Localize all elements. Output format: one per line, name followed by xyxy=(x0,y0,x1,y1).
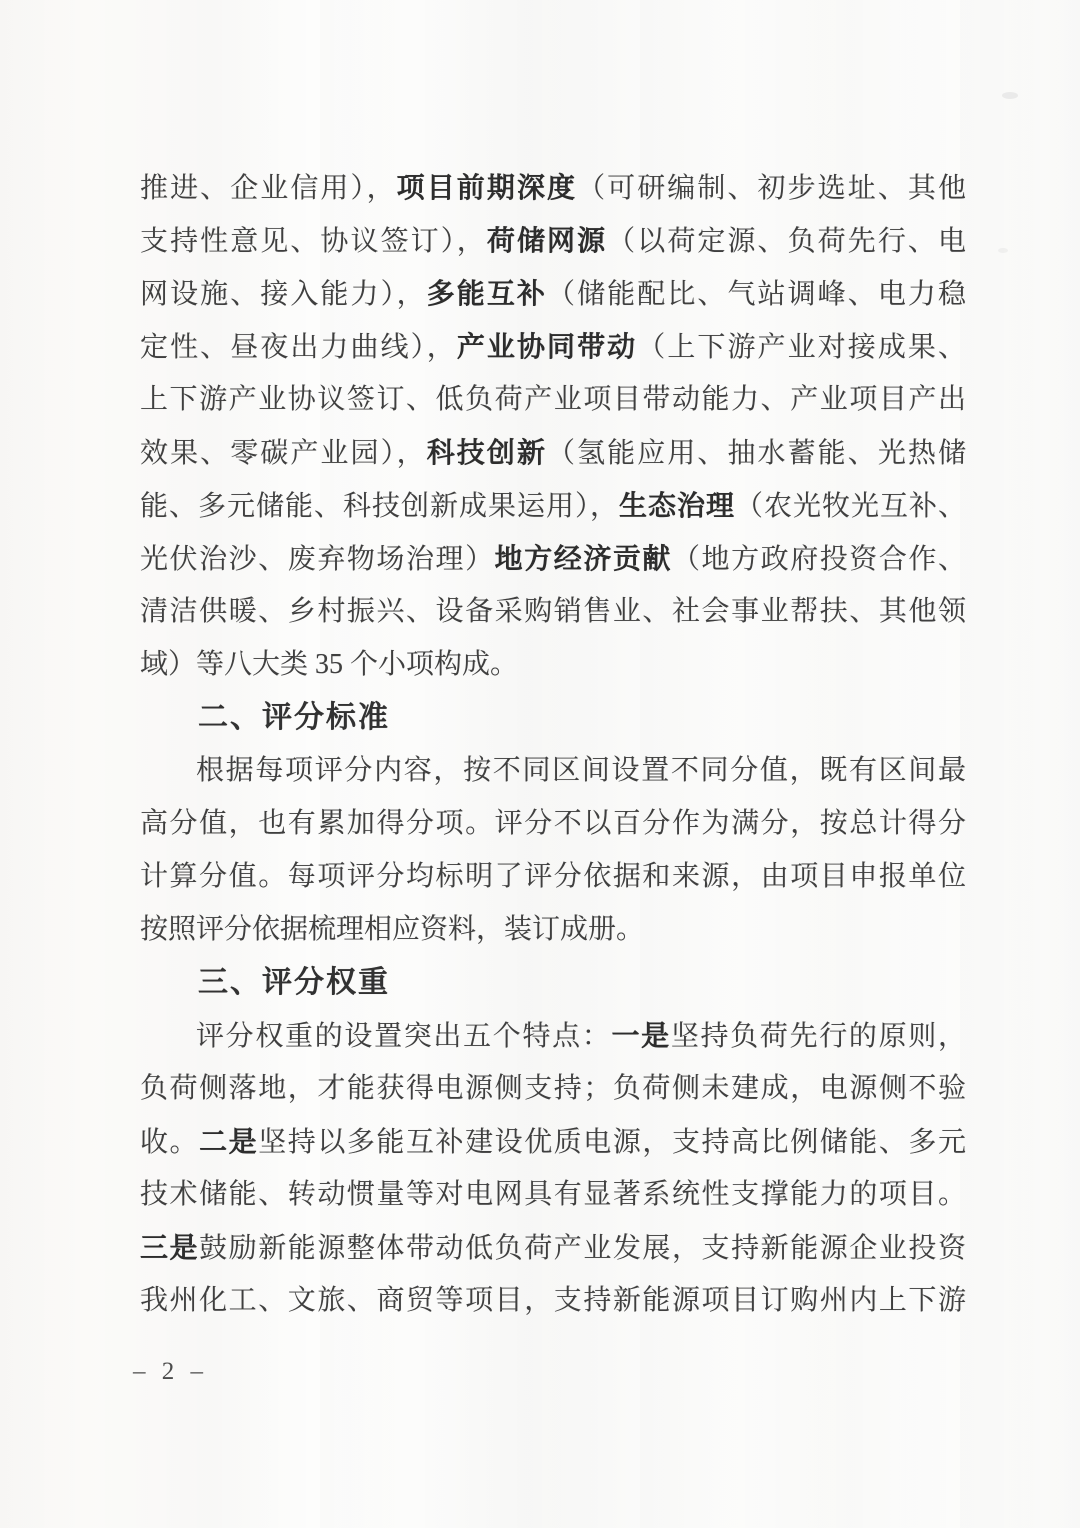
text-line: 负荷侧落地，才能获得电源侧支持；负荷侧未建成，电源侧不验 xyxy=(140,1062,966,1115)
text-line: 网设施、接入能力），多能互补（储能配比、气站调峰、电力稳 xyxy=(140,267,966,320)
text-line: 技术储能、转动惯量等对电网具有显著系统性支撑能力的项目。 xyxy=(140,1168,966,1221)
scan-smudge xyxy=(800,1300,806,1306)
text-line: 定性、昼夜出力曲线），产业协同带动（上下游产业对接成果、 xyxy=(140,320,966,373)
scanned-document-page: 推进、企业信用），项目前期深度（可研编制、初步选址、其他支持性意见、协议签订），… xyxy=(0,0,1080,1528)
text-segment: 上下游产业协议签订、低负荷产业项目带动能力、产业项目产出 xyxy=(140,384,966,415)
text-segment: 支持性意见、协议签订）， xyxy=(140,226,487,257)
text-segment: （以荷定源、负荷先行、电 xyxy=(607,226,966,257)
text-line: 推进、企业信用），项目前期深度（可研编制、初步选址、其他 xyxy=(140,161,966,214)
bold-term: 多能互补 xyxy=(427,278,547,309)
page-number: – 2 – xyxy=(133,1358,208,1386)
text-segment: （氢能应用、抽水蓄能、光热储 xyxy=(547,438,966,469)
text-line: 能、多元储能、科技创新成果运用），生态治理（农光牧光互补、 xyxy=(140,479,966,532)
text-segment: 域）等八大类 35 个小项构成。 xyxy=(140,649,518,680)
bold-term: 二是 xyxy=(199,1126,258,1157)
bold-term: 科技创新 xyxy=(427,437,547,468)
text-segment: （可研编制、初步选址、其他 xyxy=(577,173,966,204)
text-segment: 负荷侧落地，才能获得电源侧支持；负荷侧未建成，电源侧不验 xyxy=(140,1073,966,1104)
bold-term: 荷储网源 xyxy=(487,225,607,256)
text-segment: 计算分值。每项评分均标明了评分依据和来源，由项目申报单位 xyxy=(140,861,966,892)
text-line: 域）等八大类 35 个小项构成。 xyxy=(140,638,966,691)
text-segment: （储能配比、气站调峰、电力稳 xyxy=(547,279,966,310)
bold-term: 三是 xyxy=(140,1232,199,1263)
text-segment: 能、多元储能、科技创新成果运用）， xyxy=(140,491,619,522)
text-segment: 坚持负荷先行的原则， xyxy=(671,1021,966,1052)
text-line: 效果、零碳产业园），科技创新（氢能应用、抽水蓄能、光热储 xyxy=(140,426,966,479)
bold-term: 地方经济贡献 xyxy=(495,543,672,574)
document-body: 推进、企业信用），项目前期深度（可研编制、初步选址、其他支持性意见、协议签订），… xyxy=(140,161,966,1327)
section-heading: 二、评分标准 xyxy=(140,691,966,744)
text-segment: 技术储能、转动惯量等对电网具有显著系统性支撑能力的项目。 xyxy=(140,1179,966,1210)
text-segment: 高分值，也有累加得分项。评分不以百分作为满分，按总计得分 xyxy=(140,808,966,839)
scan-smudge xyxy=(1002,92,1018,99)
bold-term: 项目前期深度 xyxy=(397,172,577,203)
text-segment: 评分权重的设置突出五个特点： xyxy=(196,1021,612,1052)
section-heading: 三、评分权重 xyxy=(140,956,966,1009)
text-line: 支持性意见、协议签订），荷储网源（以荷定源、负荷先行、电 xyxy=(140,214,966,267)
text-segment: 清洁供暖、乡村振兴、设备采购销售业、社会事业帮扶、其他领 xyxy=(140,596,966,627)
text-line: 光伏治沙、废弃物场治理）地方经济贡献（地方政府投资合作、 xyxy=(140,532,966,585)
text-line: 我州化工、文旅、商贸等项目，支持新能源项目订购州内上下游 xyxy=(140,1274,966,1327)
bold-term: 一是 xyxy=(612,1020,671,1051)
text-line: 按照评分依据梳理相应资料，装订成册。 xyxy=(140,903,966,956)
text-line: 上下游产业协议签订、低负荷产业项目带动能力、产业项目产出 xyxy=(140,373,966,426)
text-segment: 网设施、接入能力）， xyxy=(140,279,427,310)
text-line: 评分权重的设置突出五个特点：一是坚持负荷先行的原则， xyxy=(140,1009,966,1062)
scan-smudge xyxy=(998,248,1008,253)
text-segment: 坚持以多能互补建设优质电源，支持高比例储能、多元 xyxy=(258,1127,966,1158)
text-segment: 收。 xyxy=(140,1127,199,1158)
text-segment: 定性、昼夜出力曲线）， xyxy=(140,332,457,363)
text-line: 高分值，也有累加得分项。评分不以百分作为满分，按总计得分 xyxy=(140,797,966,850)
text-segment: 根据每项评分内容，按不同区间设置不同分值，既有区间最 xyxy=(196,755,966,786)
text-segment: 光伏治沙、废弃物场治理） xyxy=(140,544,495,575)
text-segment: 效果、零碳产业园）， xyxy=(140,438,427,469)
text-line: 三是鼓励新能源整体带动低负荷产业发展，支持新能源企业投资 xyxy=(140,1221,966,1274)
text-line: 根据每项评分内容，按不同区间设置不同分值，既有区间最 xyxy=(140,744,966,797)
bold-term: 生态治理 xyxy=(619,490,735,521)
bold-term: 产业协同带动 xyxy=(457,331,637,362)
text-segment: （农光牧光互补、 xyxy=(735,491,966,522)
text-line: 收。二是坚持以多能互补建设优质电源，支持高比例储能、多元 xyxy=(140,1115,966,1168)
text-line: 计算分值。每项评分均标明了评分依据和来源，由项目申报单位 xyxy=(140,850,966,903)
text-segment: 我州化工、文旅、商贸等项目，支持新能源项目订购州内上下游 xyxy=(140,1285,966,1316)
text-segment: （上下游产业对接成果、 xyxy=(637,332,966,363)
text-segment: 鼓励新能源整体带动低负荷产业发展，支持新能源企业投资 xyxy=(199,1233,966,1264)
text-line: 清洁供暖、乡村振兴、设备采购销售业、社会事业帮扶、其他领 xyxy=(140,585,966,638)
text-segment: 推进、企业信用）， xyxy=(140,173,397,204)
text-segment: （地方政府投资合作、 xyxy=(672,544,966,575)
text-segment: 按照评分依据梳理相应资料，装订成册。 xyxy=(140,914,644,945)
